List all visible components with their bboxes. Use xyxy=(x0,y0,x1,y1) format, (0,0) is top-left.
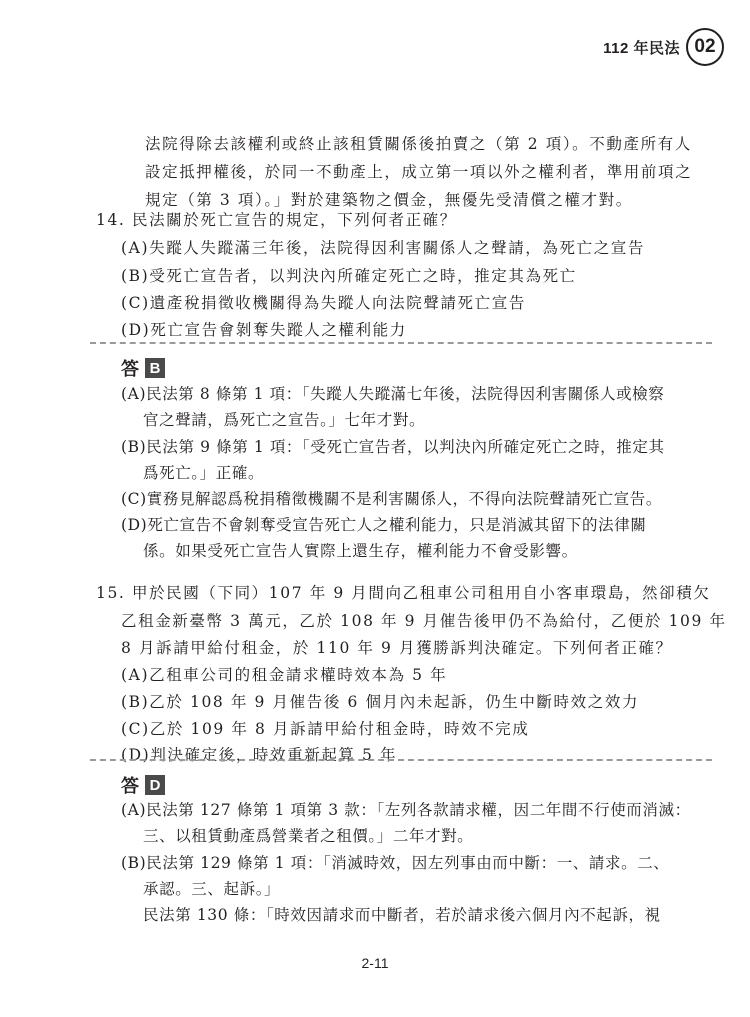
continuation-line: 設定抵押權後，於同一不動產上，成立第一項以外之權利者，準用前項之 xyxy=(145,162,692,182)
chapter-badge: 02 xyxy=(686,28,724,66)
answer-word: 答 xyxy=(121,772,139,798)
question-stem-line: 8 月訴請甲給付租金，於 110 年 9 月獲勝訴判決確定。下列何者正確？ xyxy=(121,638,673,658)
question-15: 15. 甲於民國（下同）107 年 9 月間向乙租車公司租用自小客車環島，然卻積… xyxy=(96,583,710,603)
continuation-line: 規定（第 3 項）。」對於建築物之價金，無優先受清償之權才對。 xyxy=(145,190,633,210)
explanation-line: 承認。三、起訴。」 xyxy=(143,879,280,899)
option-b: (B)受死亡宣告者，以判決內所確定死亡之時，推定其為死亡 xyxy=(121,266,577,286)
option-c: (C)遺產稅捐徵收機關得為失蹤人向法院聲請死亡宣告 xyxy=(121,293,526,313)
answer-label: 答 B xyxy=(121,355,165,381)
divider xyxy=(90,759,712,761)
explanation-line: (D)死亡宣告不會剝奪受宣告死亡人之權利能力，只是消滅其留下的法律關 xyxy=(121,515,646,535)
question-14: 14. 民法關於死亡宣告的規定，下列何者正確？ xyxy=(96,210,457,230)
option-b: (B)乙於 108 年 9 月催告後 6 個月內未起訴，仍生中斷時效之效力 xyxy=(121,692,639,712)
explanation-line: 爲死亡。」正確。 xyxy=(143,463,264,483)
continuation-line: 法院得除去該權利或終止該租賃關係後拍賣之（第 2 項）。不動產所有人 xyxy=(145,134,692,154)
explanation-line: (A)民法第 127 條第 1 項第 3 款：「左列各款請求權，因二年間不行使而… xyxy=(121,800,691,820)
option-a: (A)失蹤人失蹤滿三年後，法院得因利害關係人之聲請，為死亡之宣告 xyxy=(121,238,645,258)
option-d: (D)死亡宣告會剝奪失蹤人之權利能力 xyxy=(121,320,407,340)
answer-word: 答 xyxy=(121,355,139,381)
explanation-line: (A)民法第 8 條第 1 項：「失蹤人失蹤滿七年後，法院得因利害關係人或檢察 xyxy=(121,384,664,404)
explanation-line: 係。如果受死亡宣告人實際上還生存，權利能力不會受影響。 xyxy=(143,541,578,561)
explanation-line: 民法第 130 條：「時效因請求而中斷者，若於請求後六個月內不起訴，視 xyxy=(143,905,661,925)
explanation-line: 官之聲請，爲死亡之宣告。」七年才對。 xyxy=(143,410,425,430)
answer-label: 答 D xyxy=(121,772,165,798)
question-number: 14. xyxy=(96,211,125,229)
option-c: (C)乙於 109 年 8 月訴請甲給付租金時，時效不完成 xyxy=(121,719,530,739)
explanation-line: 三、以租賃動產爲營業者之租價。」二年才對。 xyxy=(143,826,473,846)
question-stem: 民法關於死亡宣告的規定，下列何者正確？ xyxy=(132,211,457,229)
page-header: 112 年民法 02 xyxy=(603,28,724,66)
explanation-line: (B)民法第 9 條第 1 項：「受死亡宣告者，以判決內所確定死亡之時，推定其 xyxy=(121,437,665,457)
divider xyxy=(90,342,712,344)
explanation-line: (C)實務見解認爲稅捐稽徵機關不是利害關係人，不得向法院聲請死亡宣告。 xyxy=(121,489,662,509)
page-number: 2-11 xyxy=(0,955,750,971)
question-stem: 甲於民國（下同）107 年 9 月間向乙租車公司租用自小客車環島，然卻積欠 xyxy=(132,584,710,602)
question-stem-line: 乙租金新臺幣 3 萬元，乙於 108 年 9 月催告後甲仍不為給付，乙便於 10… xyxy=(121,611,727,631)
answer-badge: D xyxy=(145,775,165,795)
answer-badge: B xyxy=(145,358,165,378)
book-title: 112 年民法 xyxy=(603,37,680,58)
option-a: (A)乙租車公司的租金請求權時效本為 5 年 xyxy=(121,665,447,685)
explanation-line: (B)民法第 129 條第 1 項：「消滅時效，因左列事由而中斷：一、請求。二、 xyxy=(121,853,669,873)
question-number: 15. xyxy=(96,584,125,602)
option-d: (D)判決確定後，時效重新起算 5 年 xyxy=(121,745,397,765)
